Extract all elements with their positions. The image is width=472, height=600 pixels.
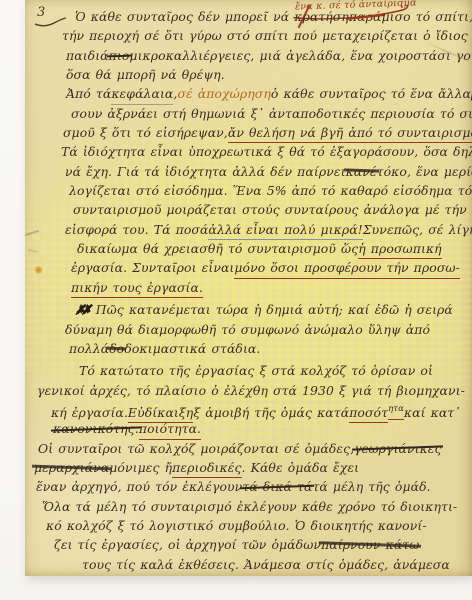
manuscript-segment: Συνεπῶς, σέ λίγη [363,220,472,239]
manuscript-segment: εἰσφορά του. Τά ποσά [65,220,208,239]
manuscript-line: νά ἔχη. Γιά τά ἰδιόχτητα ἀλλά δέν παίρνε… [65,162,472,181]
manuscript-segment: ὅσα θά μπορῆ νά θρέψη. [66,65,225,84]
manuscript-segment-scr: ✗✗ [75,300,88,319]
manuscript-segment: ἕναν ἀρχηγό, πού τόν ἐκλέγουν [36,477,242,496]
manuscript-segment-up: κεφάλαια [111,84,173,104]
manuscript-segment-s2: κανέ [346,162,377,181]
manuscript-line: δικαίωμα θά χρειασθῆ τό συνταιρισμοῦ ὥς … [77,239,472,258]
manuscript-segment-rs: παρά [349,7,382,26]
manuscript-segment: μισο τό σπίτι, τό καλοκῆ, [381,7,472,26]
manuscript-segment-ur: περιοδικές [172,458,241,478]
manuscript-segment: ξ ἀμοιβή τῆς ὁμάς κατά [193,403,349,422]
manuscript-line: Ἀπό τά κεφάλαια, σέ ἀποχώρηση ὁ κάθε συν… [66,84,472,103]
manuscript-segment: νά ἔχη. Γιά τά ἰδιόχτητα ἀλλά δέν παίρνε… [65,162,346,181]
manuscript-segment: τήν περιοχή σέ ὅτι γύρω στό σπίτι πού με… [62,26,472,45]
manuscript-segment: ζει τίς ἐργασίες, οἱ ἀρχηγοί τῶν ὁμάδων [54,535,321,554]
manuscript-line: πικήν τους ἐργασία. [71,278,472,297]
manuscript-line: λογίζεται στό εἰσόδημα. Ἕνα 5% ἀπό τό κα… [69,181,472,200]
manuscript-segment: Ἀπό τά [66,84,111,103]
manuscript-line: Ὁ κάθε συνταῖρος δέν μπορεῖ νά κρατήση π… [75,7,472,26]
manuscript-line: εἰσφορά του. Τά ποσά ἀλλά εἶναι πολύ μικ… [65,220,472,239]
manuscript-line: πολλά δο δοκιμαστικά στάδια. [69,339,472,358]
manuscript-segment-s: κανονικότης. [53,419,139,438]
manuscript-segment-ur: μόνο ὅσοι προσφέρουν τήν προσω- [234,258,460,278]
manuscript-text: Ὁ κάθε συνταῖρος δέν μπορεῖ νά κρατήση π… [25,0,472,576]
manuscript-segment: σουν ἀξρνάει στή θημωνιά ξ᾽ ἀνταποδοτικέ… [71,104,472,123]
manuscript-line: Τό κατώτατο τῆς ἐργασίας ξ στά κολχόζ τό… [79,361,472,380]
manuscript-segment-s2: δο [109,339,124,358]
manuscript-segment: σμοῦ ξ ὅτι τό εἰσήρεψαν, [63,123,228,142]
manuscript-segment: ἐργασία. Συνταῖροι εἶναι [71,258,234,277]
manuscript-segment-o: σέ ἀποχώρηση [177,84,270,103]
manuscript-line: παιδιά πιο μικροκαλλιέργειες, μιά ἀγελάδ… [66,46,472,65]
manuscript-segment-s: πιο [109,46,130,65]
manuscript-segment-ur: ἡ προσωπική [358,239,441,259]
manuscript-segment: . Κάθε ὁμάδα ἔχει [242,458,360,477]
manuscript-line: τήν περιοχή σέ ὅτι γύρω στό σπίτι πού με… [62,26,472,45]
manuscript-line: σμοῦ ξ ὅτι τό εἰσήρεψαν, ἄν θελήση νά βγ… [63,123,472,142]
manuscript-segment: Οἱ συνταῖροι τῶ κολχόζ μοιράζονται σέ ὁμ… [38,439,354,458]
manuscript-segment-s2: μεραρχιάνα [34,458,109,477]
manuscript-line: ✗✗Πῶς κατανέμεται τώρα ἡ δημιά αὐτή; καί… [75,300,472,319]
manuscript-line: μεραρχιάνα μόνιμες ἤ περιοδικές. Κάθε ὁμ… [34,458,472,477]
manuscript-segment: δοκιμαστικά στάδια. [124,339,260,358]
manuscript-segment: τόκο, ἕνα μερίδα [377,162,472,181]
manuscript-page: 3 ἕνα κ. σέ τό ἀνταίρισμα Ὁ κάθε συνταῖρ… [25,0,472,576]
manuscript-segment: συνταιρισμοῦ μοιράζεται στούς συνταίρους… [73,200,472,219]
manuscript-line: συνταιρισμοῦ μοιράζεται στούς συνταίρους… [73,200,472,219]
manuscript-segment-ur: ἄν θελήση νά βγῆ ἀπό τό συνταιρισμό. [228,123,472,143]
manuscript-segment-s2: παίρνουν κάτω [321,535,419,554]
manuscript-line: τους τίς καλά ἐκθέσεις. Ἀνάμεσα στίς ὁμά… [82,555,472,574]
manuscript-segment: Ὁ κάθε συνταῖρος δέν μπορεῖ νά κρατήση [75,7,349,26]
manuscript-segment: γενικοί ἀρχές, τό πλαίσιο ὁ ἐλέχθη στά 1… [37,381,465,400]
manuscript-line: δύναμη θά διαμορφωθῆ τό συμφωνό ἀνώμαλο … [65,320,472,339]
manuscript-line: Ὅλα τά μέλη τό συνταιρισμό ἐκλέγουν κάθε… [42,497,472,516]
manuscript-segment-ur: ποσότ [349,403,388,423]
manuscript-line: Οἱ συνταῖροι τῶ κολχόζ μοιράζονται σέ ὁμ… [38,439,472,458]
manuscript-segment-sup: ητα [388,400,404,420]
manuscript-segment: μικροκαλλιέργειες, μιά ἀγελάδα, ἕνα χοιρ… [129,46,472,65]
manuscript-segment: Τό κατώτατο τῆς ἐργασίας ξ στά κολχόζ τό… [79,361,433,380]
manuscript-segment: λογίζεται στό εἰσόδημα. Ἕνα 5% ἀπό τό κα… [69,181,472,200]
manuscript-segment: δύναμη θά διαμορφωθῆ τό συμφωνό ἀνώμαλο … [65,320,430,339]
manuscript-segment: τους τίς καλά ἐκθέσεις. Ἀνάμεσα στίς ὁμά… [82,555,450,574]
manuscript-segment: παιδιά [66,46,109,65]
manuscript-segment-ub: ἀλλά εἶναι πολύ μικρά! [208,220,362,240]
manuscript-line: σουν ἀξρνάει στή θημωνιά ξ᾽ ἀνταποδοτικέ… [71,104,472,123]
manuscript-segment: Ὅλα τά μέλη τό συνταιρισμό ἐκλέγουν κάθε… [42,497,457,516]
manuscript-segment: τά μέλη τῆς ὁμάδ. [312,477,430,496]
manuscript-segment-s: γεωργιάνικες [354,439,441,458]
manuscript-segment: ὁ κάθε συνταῖρος τό ἕνα ἄλλαβο σηκώ- [271,84,472,103]
scan-background: 3 ἕνα κ. σέ τό ἀνταίρισμα Ὁ κάθε συνταῖρ… [0,0,472,600]
manuscript-line: γενικοί ἀρχές, τό πλαίσιο ὁ ἐλέχθη στά 1… [37,381,472,400]
manuscript-segment: μόνιμες ἤ [109,458,172,477]
manuscript-segment: Τά ἰδιόχτητα εἶναι ὑποχρεωτικά ξ θά τό ἐ… [61,142,472,161]
manuscript-line: κή ἐργασία. Εὐδίκαιξη ξ ἀμοιβή τῆς ὁμάς … [51,400,472,419]
manuscript-line: ἐργασία. Συνταῖροι εἶναι μόνο ὅσοι προσφ… [71,258,472,277]
manuscript-segment: πολλά [69,339,109,358]
manuscript-segment: κό κολχόζ ξ τό λογιστικό συμβούλιο. Ὁ δι… [46,516,427,535]
manuscript-line: ἕναν ἀρχηγό, πού τόν ἐκλέγουν τά δικά τά… [36,477,472,496]
manuscript-line: ὅσα θά μπορῆ νά θρέψη. [66,65,472,84]
manuscript-segment-s: τά δικά τά [242,477,312,496]
manuscript-segment: δικαίωμα θά χρειασθῆ τό συνταιρισμοῦ ὥς [77,239,358,258]
manuscript-line: ζει τίς ἐργασίες, οἱ ἀρχηγοί τῶν ὁμάδων … [54,535,472,554]
manuscript-segment: Πῶς κατανέμεται τώρα ἡ δημιά αὐτή; καί ἐ… [96,300,453,319]
manuscript-segment-ur: ποιότητα. [139,419,201,439]
manuscript-line: κό κολχόζ ξ τό λογιστικό συμβούλιο. Ὁ δι… [46,516,472,535]
manuscript-line: Τά ἰδιόχτητα εἶναι ὑποχρεωτικά ξ θά τό ἐ… [61,142,472,161]
manuscript-segment: καί κατ᾽ [404,403,461,422]
manuscript-segment-ur: πικήν τους ἐργασία. [71,278,203,298]
